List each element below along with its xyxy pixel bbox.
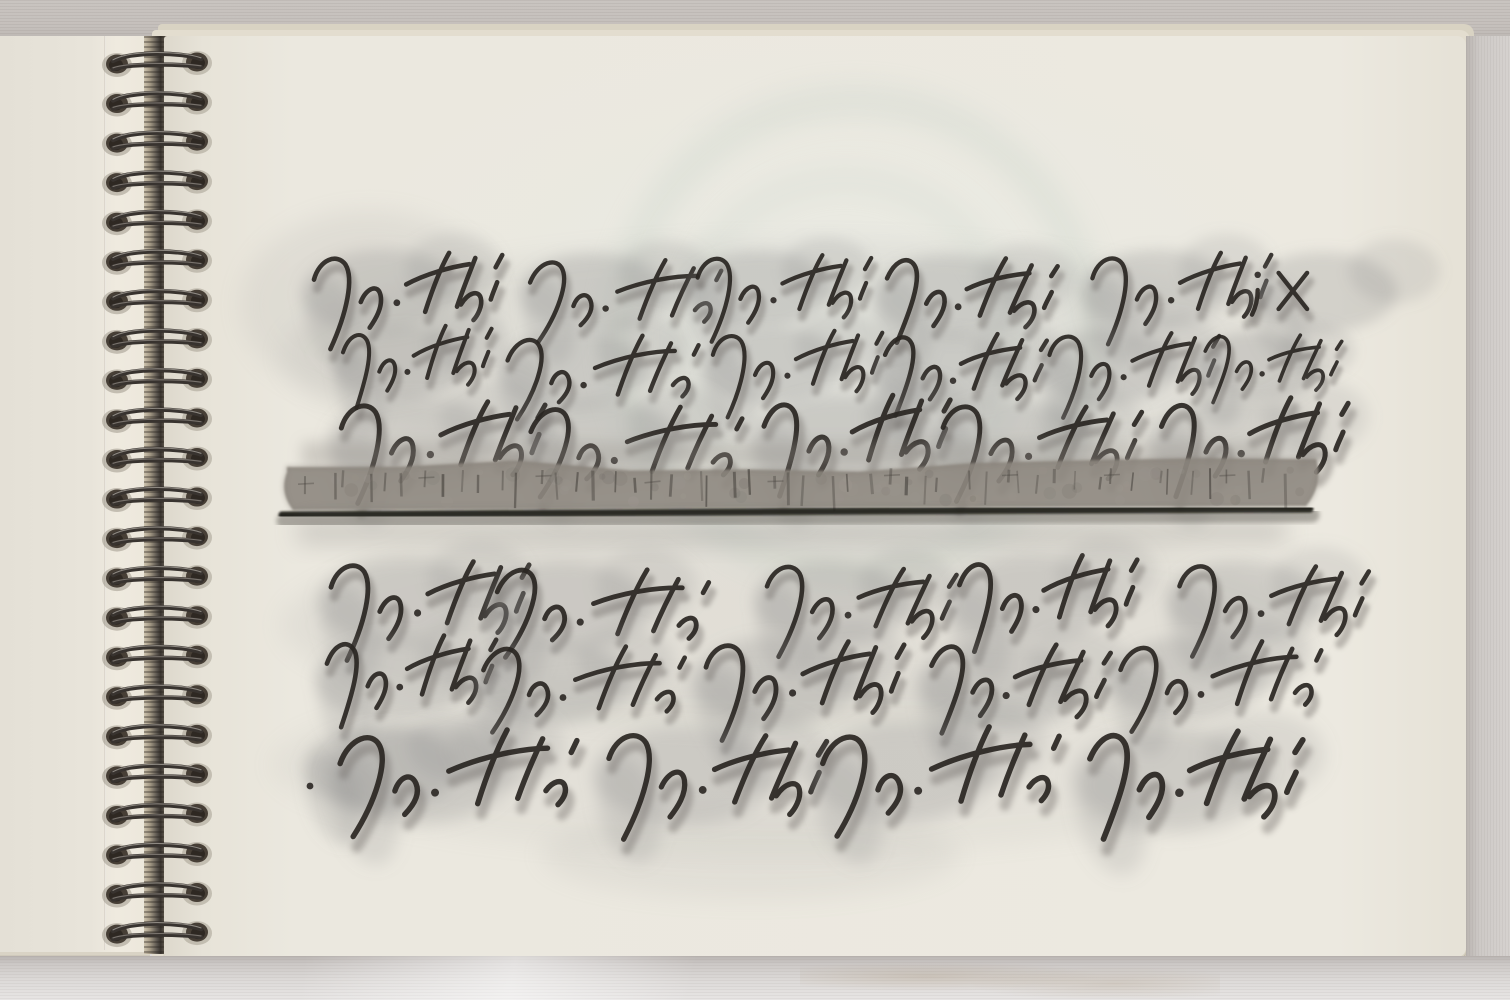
fabric-right-strip: [1466, 36, 1510, 961]
left-page: [0, 36, 150, 952]
fabric-bottom-strip: [0, 956, 1510, 1000]
sketchbook-photo: [0, 0, 1510, 1000]
fabric-stain: [800, 962, 1220, 998]
left-page-crease: [104, 36, 106, 950]
right-page: [164, 36, 1466, 957]
